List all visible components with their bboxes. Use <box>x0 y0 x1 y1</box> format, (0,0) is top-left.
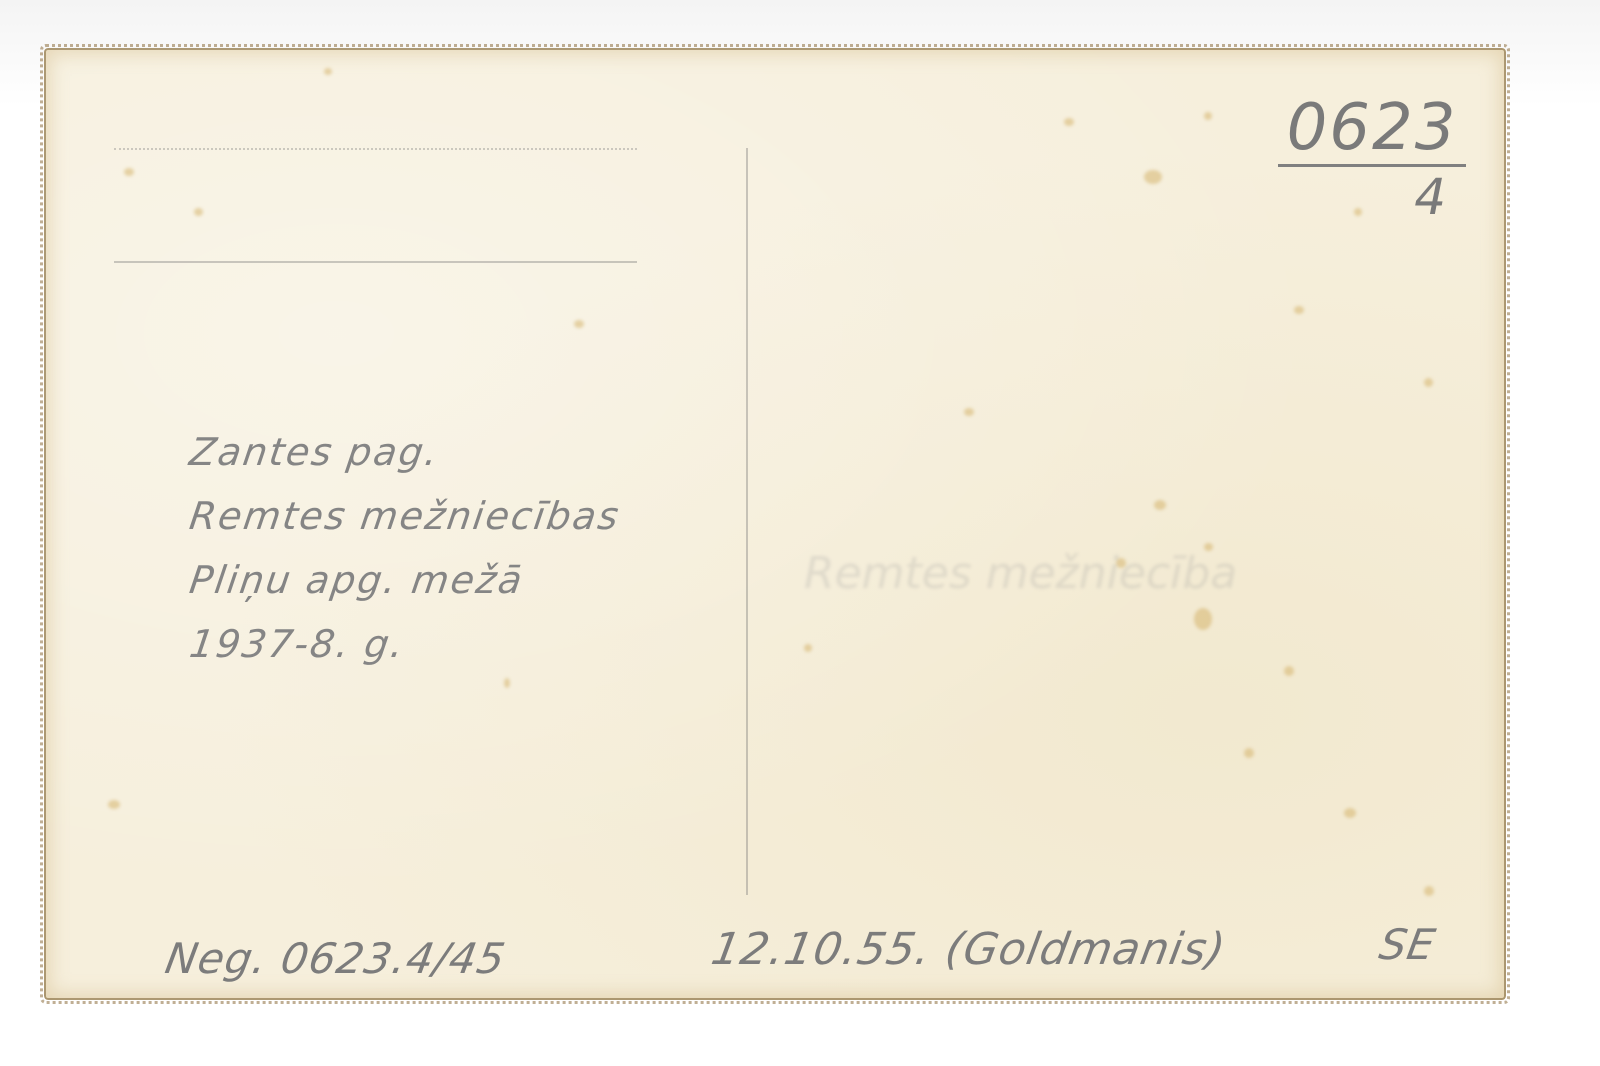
foxing-spot <box>1064 118 1074 126</box>
archive-number-denominator: 4 <box>1284 167 1460 227</box>
foxing-spot <box>574 320 584 328</box>
address-line-top <box>114 148 637 150</box>
archive-number: 0623 4 <box>1284 92 1460 227</box>
foxing-spot <box>1194 608 1212 630</box>
negative-reference: Neg. 0623.4/45 <box>162 934 510 983</box>
foxing-spot <box>1424 378 1433 387</box>
foxing-spot <box>804 644 812 652</box>
caption-line-forest: Pliņu apg. mežā <box>186 548 625 612</box>
postcard: Remtes mežniecība 0623 4 Zantes pag. Rem… <box>44 48 1506 1000</box>
foxing-spot <box>1144 170 1162 184</box>
foxing-spot <box>194 208 203 216</box>
caption-line-forestry: Remtes mežniecības <box>186 484 625 548</box>
foxing-spot <box>1154 500 1166 510</box>
foxing-spot <box>504 678 510 688</box>
foxing-spot <box>1284 666 1294 676</box>
foxing-spot <box>1344 808 1356 818</box>
foxing-spot <box>1294 306 1304 314</box>
foxing-spot <box>964 408 974 416</box>
foxing-spot <box>124 168 134 176</box>
ghost-show-through-text: Remtes mežniecība <box>804 548 1237 599</box>
foxing-spot <box>324 68 332 75</box>
archive-number-numerator: 0623 <box>1284 92 1460 164</box>
foxing-spot <box>1424 886 1434 896</box>
date-and-author: 12.10.55. (Goldmanis) <box>708 924 1230 975</box>
caption-line-parish: Zantes pag. <box>186 420 625 484</box>
foxing-spot <box>1204 112 1212 120</box>
initials: SE <box>1376 920 1440 969</box>
foxing-spot <box>108 800 120 809</box>
caption-line-year: 1937-8. g. <box>186 612 625 676</box>
foxing-spot <box>1244 748 1254 758</box>
center-divider <box>746 148 748 895</box>
address-line <box>114 261 637 263</box>
handwritten-caption: Zantes pag. Remtes mežniecības Pliņu apg… <box>190 420 620 676</box>
